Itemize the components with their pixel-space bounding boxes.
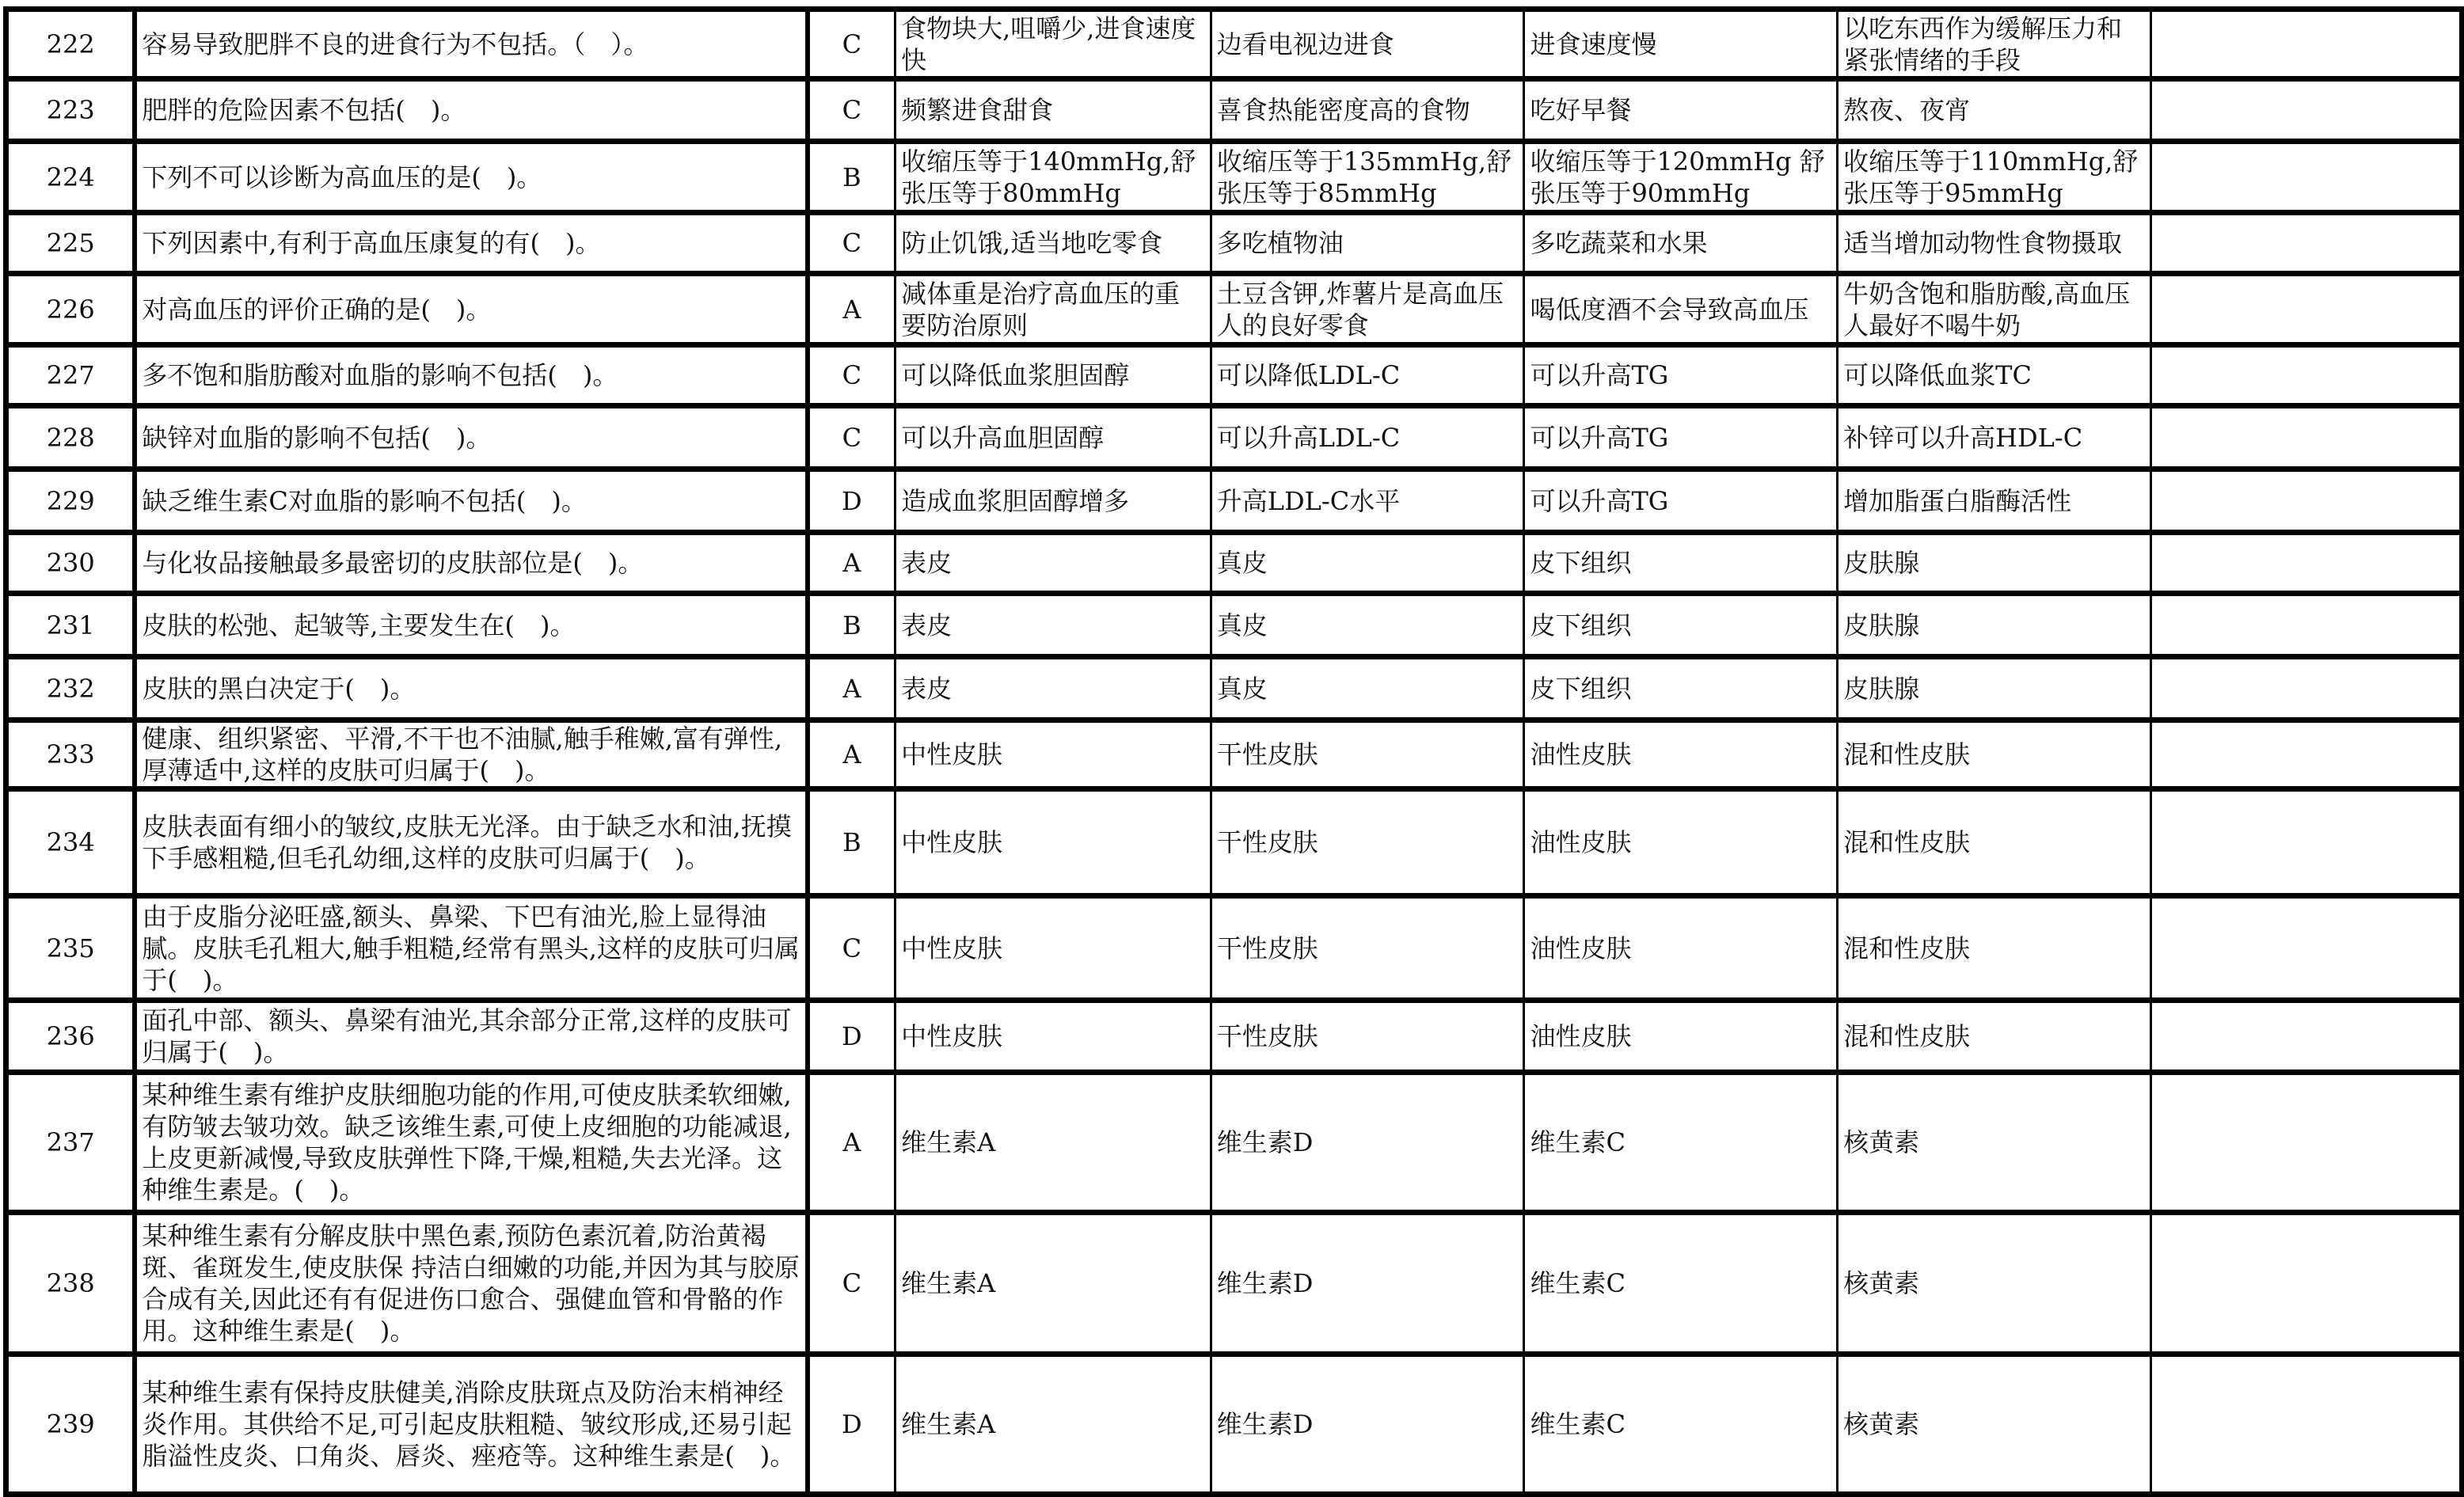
table-row: 235由于皮脂分泌旺盛,额头、鼻梁、下巴有油光,脸上显得油腻。皮肤毛孔粗大,触手… [6, 896, 2462, 1001]
notes-cell [2150, 79, 2462, 142]
option-c: 油性皮肤 [1524, 720, 1838, 789]
question-sheet: 222容易导致肥胖不良的进食行为不包括。（ ）。C食物块大,咀嚼少,进食速度快边… [0, 0, 2464, 1497]
table-row: 223肥胖的危险因素不包括( )。C频繁进食甜食喜食热能密度高的食物吃好早餐熬夜… [6, 79, 2462, 142]
question-text: 下列因素中,有利于高血压康复的有( )。 [135, 213, 807, 274]
table-row: 234皮肤表面有细小的皱纹,皮肤无光泽。由于缺乏水和油,抚摸下手感粗糙,但毛孔幼… [6, 789, 2462, 896]
question-text: 皮肤的黑白决定于( )。 [135, 657, 807, 720]
answer-key: A [808, 657, 895, 720]
question-text: 容易导致肥胖不良的进食行为不包括。（ ）。 [135, 9, 807, 79]
notes-cell [2150, 9, 2462, 79]
notes-cell [2150, 213, 2462, 274]
option-a: 食物块大,咀嚼少,进食速度快 [895, 9, 1211, 79]
answer-key: C [808, 1213, 895, 1355]
answer-key: C [808, 213, 895, 274]
notes-cell [2150, 142, 2462, 213]
answer-key: C [808, 896, 895, 1001]
table-row: 238某种维生素有分解皮肤中黑色素,预防色素沉着,防治黄褐斑、雀斑发生,使皮肤保… [6, 1213, 2462, 1355]
option-a: 中性皮肤 [895, 1001, 1211, 1073]
question-number: 236 [6, 1001, 135, 1073]
option-d: 核黄素 [1838, 1355, 2151, 1495]
option-b: 维生素D [1211, 1073, 1524, 1213]
option-d: 收缩压等于110mmHg,舒张压等于95mmHg [1838, 142, 2151, 213]
table-row: 224下列不可以诊断为高血压的是( )。B收缩压等于140mmHg,舒张压等于8… [6, 142, 2462, 213]
option-d: 皮肤腺 [1838, 594, 2151, 657]
option-b: 边看电视边进食 [1211, 9, 1524, 79]
answer-key: A [808, 720, 895, 789]
question-text: 缺乏维生素C对血脂的影响不包括( )。 [135, 469, 807, 533]
option-a: 收缩压等于140mmHg,舒张压等于80mmHg [895, 142, 1211, 213]
option-d: 补锌可以升高HDL-C [1838, 406, 2151, 469]
table-row: 228缺锌对血脂的影响不包括( )。C可以升高血胆固醇可以升高LDL-C可以升高… [6, 406, 2462, 469]
option-b: 真皮 [1211, 657, 1524, 720]
question-text: 面孔中部、额头、鼻梁有油光,其余部分正常,这样的皮肤可归属于( )。 [135, 1001, 807, 1073]
question-text: 由于皮脂分泌旺盛,额头、鼻梁、下巴有油光,脸上显得油腻。皮肤毛孔粗大,触手粗糙,… [135, 896, 807, 1001]
option-c: 皮下组织 [1524, 594, 1838, 657]
notes-cell [2150, 533, 2462, 594]
question-text: 某种维生素有维护皮肤细胞功能的作用,可使皮肤柔软细嫩,有防皱去皱功效。缺乏该维生… [135, 1073, 807, 1213]
question-text: 与化妆品接触最多最密切的皮肤部位是( )。 [135, 533, 807, 594]
option-b: 多吃植物油 [1211, 213, 1524, 274]
question-text: 皮肤表面有细小的皱纹,皮肤无光泽。由于缺乏水和油,抚摸下手感粗糙,但毛孔幼细,这… [135, 789, 807, 896]
option-d: 熬夜、夜宵 [1838, 79, 2151, 142]
option-c: 进食速度慢 [1524, 9, 1838, 79]
option-b: 真皮 [1211, 594, 1524, 657]
question-text: 多不饱和脂肪酸对血脂的影响不包括( )。 [135, 345, 807, 406]
option-c: 可以升高TG [1524, 469, 1838, 533]
option-b: 干性皮肤 [1211, 896, 1524, 1001]
option-c: 皮下组织 [1524, 533, 1838, 594]
option-b: 干性皮肤 [1211, 1001, 1524, 1073]
question-number: 233 [6, 720, 135, 789]
notes-cell [2150, 345, 2462, 406]
question-number: 237 [6, 1073, 135, 1213]
option-a: 频繁进食甜食 [895, 79, 1211, 142]
option-c: 油性皮肤 [1524, 1001, 1838, 1073]
question-number: 223 [6, 79, 135, 142]
notes-cell [2150, 657, 2462, 720]
notes-cell [2150, 1001, 2462, 1073]
answer-key: C [808, 406, 895, 469]
option-a: 维生素A [895, 1073, 1211, 1213]
option-c: 皮下组织 [1524, 657, 1838, 720]
table-row: 227多不饱和脂肪酸对血脂的影响不包括( )。C可以降低血浆胆固醇可以降低LDL… [6, 345, 2462, 406]
answer-key: C [808, 345, 895, 406]
notes-cell [2150, 469, 2462, 533]
question-number: 225 [6, 213, 135, 274]
question-number: 222 [6, 9, 135, 79]
question-number: 239 [6, 1355, 135, 1495]
answer-key: D [808, 1355, 895, 1495]
notes-cell [2150, 1213, 2462, 1355]
question-number: 235 [6, 896, 135, 1001]
answer-key: A [808, 1073, 895, 1213]
question-rows: 222容易导致肥胖不良的进食行为不包括。（ ）。C食物块大,咀嚼少,进食速度快边… [6, 9, 2462, 1495]
option-b: 升高LDL-C水平 [1211, 469, 1524, 533]
question-number: 229 [6, 469, 135, 533]
question-text: 皮肤的松弛、起皱等,主要发生在( )。 [135, 594, 807, 657]
question-text: 对高血压的评价正确的是( )。 [135, 274, 807, 345]
answer-key: D [808, 1001, 895, 1073]
option-a: 维生素A [895, 1355, 1211, 1495]
table-row: 236面孔中部、额头、鼻梁有油光,其余部分正常,这样的皮肤可归属于( )。D中性… [6, 1001, 2462, 1073]
option-d: 增加脂蛋白脂酶活性 [1838, 469, 2151, 533]
question-text: 肥胖的危险因素不包括( )。 [135, 79, 807, 142]
option-b: 真皮 [1211, 533, 1524, 594]
option-b: 可以升高LDL-C [1211, 406, 1524, 469]
option-a: 减体重是治疗高血压的重要防治原则 [895, 274, 1211, 345]
table-row: 233健康、组织紧密、平滑,不干也不油腻,触手稚嫩,富有弹性,厚薄适中,这样的皮… [6, 720, 2462, 789]
answer-key: B [808, 142, 895, 213]
notes-cell [2150, 720, 2462, 789]
option-a: 表皮 [895, 594, 1211, 657]
option-d: 皮肤腺 [1838, 657, 2151, 720]
question-number: 238 [6, 1213, 135, 1355]
notes-cell [2150, 1355, 2462, 1495]
answer-key: D [808, 469, 895, 533]
option-b: 干性皮肤 [1211, 789, 1524, 896]
option-d: 混和性皮肤 [1838, 896, 2151, 1001]
option-c: 多吃蔬菜和水果 [1524, 213, 1838, 274]
option-b: 维生素D [1211, 1355, 1524, 1495]
option-d: 混和性皮肤 [1838, 720, 2151, 789]
question-number: 230 [6, 533, 135, 594]
question-number: 234 [6, 789, 135, 896]
option-b: 干性皮肤 [1211, 720, 1524, 789]
answer-key: A [808, 274, 895, 345]
question-number: 226 [6, 274, 135, 345]
notes-cell [2150, 896, 2462, 1001]
option-c: 吃好早餐 [1524, 79, 1838, 142]
option-a: 可以降低血浆胆固醇 [895, 345, 1211, 406]
question-number: 224 [6, 142, 135, 213]
question-number: 232 [6, 657, 135, 720]
option-c: 维生素C [1524, 1355, 1838, 1495]
option-d: 混和性皮肤 [1838, 1001, 2151, 1073]
answer-key: C [808, 79, 895, 142]
table-row: 229缺乏维生素C对血脂的影响不包括( )。D造成血浆胆固醇增多升高LDL-C水… [6, 469, 2462, 533]
question-table: 222容易导致肥胖不良的进食行为不包括。（ ）。C食物块大,咀嚼少,进食速度快边… [3, 6, 2464, 1497]
table-row: 231皮肤的松弛、起皱等,主要发生在( )。B表皮真皮皮下组织皮肤腺 [6, 594, 2462, 657]
option-b: 可以降低LDL-C [1211, 345, 1524, 406]
option-a: 中性皮肤 [895, 896, 1211, 1001]
answer-key: B [808, 789, 895, 896]
option-d: 皮肤腺 [1838, 533, 2151, 594]
option-d: 混和性皮肤 [1838, 789, 2151, 896]
question-number: 231 [6, 594, 135, 657]
option-a: 中性皮肤 [895, 789, 1211, 896]
option-d: 适当增加动物性食物摄取 [1838, 213, 2151, 274]
notes-cell [2150, 594, 2462, 657]
question-text: 某种维生素有分解皮肤中黑色素,预防色素沉着,防治黄褐斑、雀斑发生,使皮肤保 持洁… [135, 1213, 807, 1355]
option-c: 可以升高TG [1524, 345, 1838, 406]
option-b: 喜食热能密度高的食物 [1211, 79, 1524, 142]
table-row: 226对高血压的评价正确的是( )。A减体重是治疗高血压的重要防治原则土豆含钾,… [6, 274, 2462, 345]
option-a: 表皮 [895, 657, 1211, 720]
option-b: 维生素D [1211, 1213, 1524, 1355]
option-b: 收缩压等于135mmHg,舒张压等于85mmHg [1211, 142, 1524, 213]
option-d: 核黄素 [1838, 1213, 2151, 1355]
question-text: 下列不可以诊断为高血压的是( )。 [135, 142, 807, 213]
option-c: 可以升高TG [1524, 406, 1838, 469]
answer-key: B [808, 594, 895, 657]
table-row: 225下列因素中,有利于高血压康复的有( )。C防止饥饿,适当地吃零食多吃植物油… [6, 213, 2462, 274]
option-c: 维生素C [1524, 1073, 1838, 1213]
table-row: 232皮肤的黑白决定于( )。A表皮真皮皮下组织皮肤腺 [6, 657, 2462, 720]
notes-cell [2150, 1073, 2462, 1213]
table-row: 237某种维生素有维护皮肤细胞功能的作用,可使皮肤柔软细嫩,有防皱去皱功效。缺乏… [6, 1073, 2462, 1213]
answer-key: A [808, 533, 895, 594]
option-d: 核黄素 [1838, 1073, 2151, 1213]
option-a: 造成血浆胆固醇增多 [895, 469, 1211, 533]
option-d: 牛奶含饱和脂肪酸,高血压人最好不喝牛奶 [1838, 274, 2151, 345]
table-row: 222容易导致肥胖不良的进食行为不包括。（ ）。C食物块大,咀嚼少,进食速度快边… [6, 9, 2462, 79]
question-number: 228 [6, 406, 135, 469]
table-row: 239某种维生素有保持皮肤健美,消除皮肤斑点及防治末梢神经炎作用。其供给不足,可… [6, 1355, 2462, 1495]
question-text: 某种维生素有保持皮肤健美,消除皮肤斑点及防治末梢神经炎作用。其供给不足,可引起皮… [135, 1355, 807, 1495]
option-d: 以吃东西作为缓解压力和紧张情绪的手段 [1838, 9, 2151, 79]
question-number: 227 [6, 345, 135, 406]
option-c: 油性皮肤 [1524, 789, 1838, 896]
option-a: 中性皮肤 [895, 720, 1211, 789]
option-a: 可以升高血胆固醇 [895, 406, 1211, 469]
table-row: 230与化妆品接触最多最密切的皮肤部位是( )。A表皮真皮皮下组织皮肤腺 [6, 533, 2462, 594]
answer-key: C [808, 9, 895, 79]
question-text: 健康、组织紧密、平滑,不干也不油腻,触手稚嫩,富有弹性,厚薄适中,这样的皮肤可归… [135, 720, 807, 789]
option-c: 喝低度酒不会导致高血压 [1524, 274, 1838, 345]
option-b: 土豆含钾,炸薯片是高血压人的良好零食 [1211, 274, 1524, 345]
option-c: 油性皮肤 [1524, 896, 1838, 1001]
option-c: 维生素C [1524, 1213, 1838, 1355]
question-text: 缺锌对血脂的影响不包括( )。 [135, 406, 807, 469]
option-a: 表皮 [895, 533, 1211, 594]
notes-cell [2150, 789, 2462, 896]
option-a: 防止饥饿,适当地吃零食 [895, 213, 1211, 274]
notes-cell [2150, 274, 2462, 345]
option-c: 收缩压等于120mmHg 舒张压等于90mmHg [1524, 142, 1838, 213]
option-d: 可以降低血浆TC [1838, 345, 2151, 406]
option-a: 维生素A [895, 1213, 1211, 1355]
notes-cell [2150, 406, 2462, 469]
